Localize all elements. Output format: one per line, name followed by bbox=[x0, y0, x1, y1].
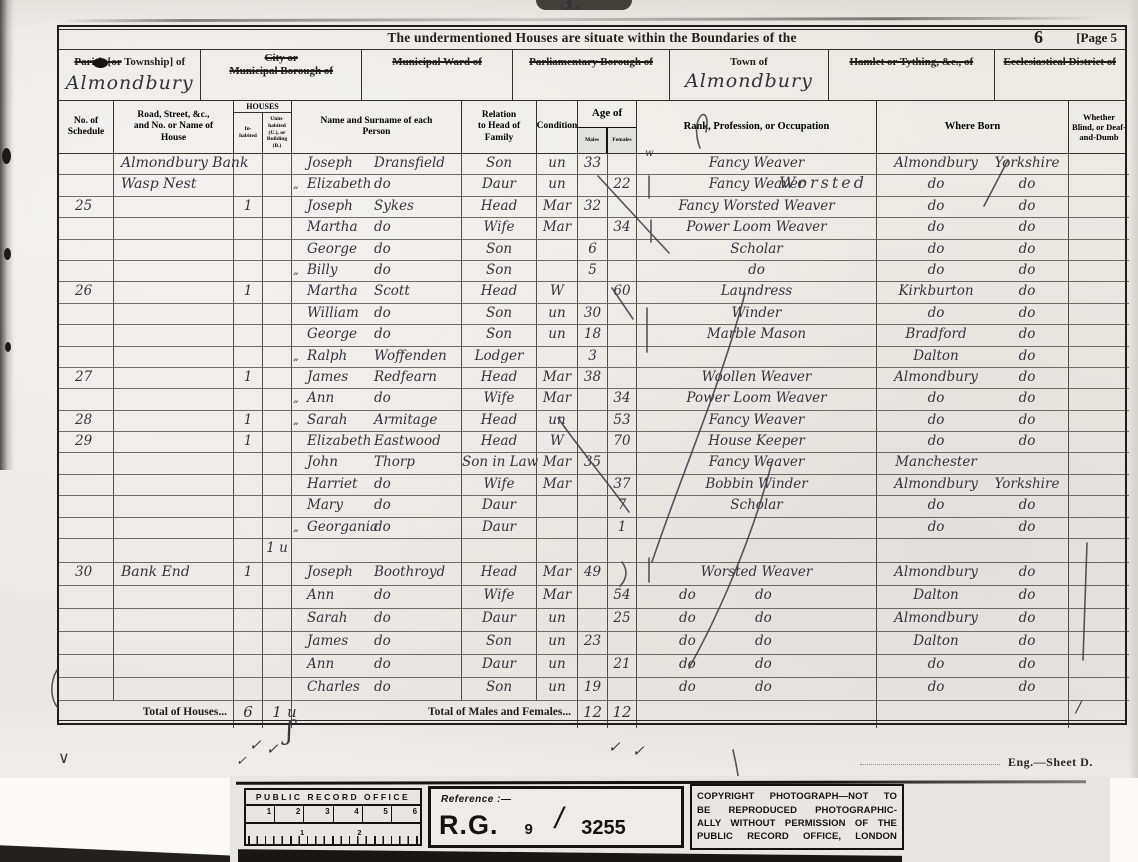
cell-schedule-number bbox=[59, 261, 114, 282]
cell-person-name: JohnThorp bbox=[292, 453, 462, 474]
cell-occupation: Power Loom Weaver bbox=[637, 218, 877, 239]
cell-uninhabited bbox=[263, 411, 292, 432]
cell-where-born: dodo bbox=[877, 496, 1069, 517]
given-name: Ann bbox=[307, 656, 334, 672]
cell-schedule-number: 27 bbox=[59, 368, 114, 389]
jurisdiction-ecclesiastical: Ecclesiastical District of bbox=[995, 50, 1126, 100]
pro-scale-box: PUBLIC RECORD OFFICE 123456 1 2 bbox=[244, 788, 422, 846]
birth-county: Yorkshire bbox=[989, 476, 1065, 492]
jurisdiction-parliamentary: Parliamentary Borough of bbox=[513, 50, 669, 100]
relation-to-head: Daur bbox=[462, 656, 536, 672]
occupation-ditto: do bbox=[755, 610, 772, 626]
table-row: HarrietdoWifeMar37Bobbin WinderAlmondbur… bbox=[59, 475, 1125, 496]
cell-address bbox=[114, 240, 234, 261]
cell-address bbox=[114, 609, 234, 632]
cell-blind-deaf bbox=[1069, 175, 1129, 196]
cell-condition: un bbox=[537, 325, 578, 346]
age-male: 3 bbox=[578, 348, 607, 364]
ditto-tick: „ bbox=[293, 392, 299, 405]
occupation-ditto: do bbox=[755, 656, 772, 672]
cell-where-born: Almondburydo bbox=[877, 563, 1069, 586]
table-row: 291ElizabethEastwoodHeadW70House Keeperd… bbox=[59, 432, 1125, 453]
cell-inhabited bbox=[234, 518, 263, 539]
given-name: Billy bbox=[307, 262, 338, 278]
cell-uninhabited bbox=[263, 325, 292, 346]
cell-schedule-number bbox=[59, 475, 114, 496]
occupation: Marble Mason bbox=[637, 326, 876, 342]
table-row: CharlesdoSonun19dodododo bbox=[59, 678, 1125, 701]
cell-uninhabited bbox=[263, 304, 292, 325]
cell-inhabited bbox=[234, 325, 263, 346]
cell-person-name: Charlesdo bbox=[292, 678, 462, 701]
birth-place: do bbox=[881, 241, 991, 257]
total-males: 12 bbox=[578, 703, 607, 721]
cell-age-male: 18 bbox=[578, 325, 608, 346]
cell-schedule-number bbox=[59, 347, 114, 368]
cell-condition bbox=[537, 240, 578, 261]
header-females: Females bbox=[608, 128, 636, 154]
cell-inhabited bbox=[234, 632, 263, 655]
jurisdiction-value: Almondbury bbox=[660, 70, 837, 92]
cell-where-born: Almondburydo bbox=[877, 609, 1069, 632]
relation-to-head: Head bbox=[462, 412, 536, 428]
cell-blind-deaf bbox=[1069, 411, 1129, 432]
relation-to-head: Son bbox=[462, 305, 536, 321]
birth-county: do bbox=[989, 305, 1065, 321]
cell-relation: Son bbox=[462, 261, 537, 282]
relation-to-head: Daur bbox=[462, 610, 536, 626]
cell-blind-deaf bbox=[1069, 632, 1129, 655]
reference-box: Reference :— R.G. 9 / 3255 bbox=[428, 786, 684, 848]
cell-schedule-number bbox=[59, 655, 114, 678]
cell-inhabited bbox=[234, 261, 263, 282]
cell-person-name: „Billydo bbox=[292, 261, 462, 282]
cell-where-born: Bradforddo bbox=[877, 325, 1069, 346]
cell-where-born: AlmondburyYorkshire bbox=[877, 475, 1069, 496]
jurisdiction-label: Parliamentary Borough of bbox=[513, 56, 668, 69]
given-name: Harriet bbox=[307, 476, 357, 492]
cell-person-name: Anndo bbox=[292, 655, 462, 678]
cell-occupation: dodo bbox=[637, 586, 877, 609]
occupation: do bbox=[637, 262, 876, 278]
age-female: 34 bbox=[608, 219, 636, 235]
cell-occupation: Woollen Weaver bbox=[637, 368, 877, 389]
header-schedule: No. of Schedule bbox=[59, 101, 114, 153]
totals-empty-blind bbox=[1069, 701, 1129, 728]
cell-occupation: Worsted Weaver bbox=[637, 563, 877, 586]
occupation-ditto: do bbox=[755, 679, 772, 695]
cell-relation: Son bbox=[462, 304, 537, 325]
occupation: Power Loom Weaver bbox=[637, 390, 876, 406]
ditto-tick: „ bbox=[293, 521, 299, 534]
cell-uninhabited bbox=[263, 389, 292, 410]
cell-age-male bbox=[578, 282, 608, 303]
jurisdiction-label: City or Municipal Borough of bbox=[201, 52, 360, 77]
cell-occupation: Scholar bbox=[637, 496, 877, 517]
jurisdiction-label: Ecclesiastical District of bbox=[995, 56, 1126, 69]
cell-age-female bbox=[608, 632, 637, 655]
cell-address bbox=[114, 432, 234, 453]
cell-where-born: dodo bbox=[877, 655, 1069, 678]
table-row: „AnndoWifeMar34Power Loom Weaverdodo bbox=[59, 389, 1125, 410]
birth-place: Almondbury bbox=[881, 476, 991, 492]
cell-uninhabited: 1 u bbox=[263, 539, 292, 563]
given-name: Martha bbox=[307, 283, 358, 299]
cell-uninhabited bbox=[263, 197, 292, 218]
table-row: 281„SarahArmitageHeadun53Fancy Weaverdod… bbox=[59, 411, 1125, 432]
address: Almondbury Bank bbox=[121, 155, 248, 171]
given-name: Georgania bbox=[307, 519, 378, 535]
surname: do bbox=[374, 305, 391, 321]
cell-relation: Wife bbox=[462, 389, 537, 410]
given-name: James bbox=[307, 633, 348, 649]
cell-age-female bbox=[608, 347, 637, 368]
table-row: SarahdoDaurun25dodoAlmondburydo bbox=[59, 609, 1125, 632]
cell-condition: Mar bbox=[537, 218, 578, 239]
cell-person-name: „SarahArmitage bbox=[292, 411, 462, 432]
relation-to-head: Wife bbox=[462, 390, 536, 406]
cell-age-female: 37 bbox=[608, 475, 637, 496]
table-row: GeorgedoSon6Scholardodo bbox=[59, 240, 1125, 261]
given-name: Elizabeth bbox=[307, 433, 371, 449]
marital-condition: Mar bbox=[537, 564, 577, 580]
cell-occupation: Fancy Weaver bbox=[637, 411, 877, 432]
given-name: Joseph bbox=[307, 564, 353, 580]
age-female: 53 bbox=[608, 412, 636, 428]
form-title: The undermentioned Houses are situate wi… bbox=[59, 30, 1125, 46]
scale-ruler: 1 2 bbox=[246, 831, 420, 848]
cell-inhabited bbox=[234, 539, 263, 563]
occupation-ditto: do bbox=[755, 587, 772, 603]
marital-condition: un bbox=[537, 656, 577, 672]
cell-person-name: „Elizabethdo bbox=[292, 175, 462, 196]
ink-smudge bbox=[4, 248, 11, 260]
cell-inhabited bbox=[234, 218, 263, 239]
surname: do bbox=[374, 176, 391, 192]
copyright-line: BE REPRODUCED PHOTOGRAPHIC- bbox=[697, 804, 897, 817]
cell-where-born: Daltondo bbox=[877, 347, 1069, 368]
cell-person-name: Marydo bbox=[292, 496, 462, 517]
cell-uninhabited bbox=[263, 453, 292, 474]
marital-condition: Mar bbox=[537, 198, 577, 214]
cell-where-born: dodo bbox=[877, 518, 1069, 539]
cell-occupation: dodo bbox=[637, 632, 877, 655]
cell-inhabited bbox=[234, 154, 263, 175]
header-name: Name and Surname of each Person bbox=[292, 101, 462, 153]
cell-person-name: Jamesdo bbox=[292, 632, 462, 655]
birth-place: Dalton bbox=[881, 587, 991, 603]
marital-condition: Mar bbox=[537, 369, 577, 385]
schedule-number: 26 bbox=[75, 283, 92, 299]
given-name: Charles bbox=[307, 679, 360, 695]
ruler-ticks bbox=[248, 836, 418, 846]
birth-place: Manchester bbox=[881, 454, 991, 470]
cell-where-born: dodo bbox=[877, 432, 1069, 453]
marital-condition: un bbox=[537, 305, 577, 321]
occupation: Fancy Worsted Weaver bbox=[637, 198, 876, 214]
reference-slash: / bbox=[555, 802, 563, 836]
birth-county: do bbox=[989, 433, 1065, 449]
birth-county: do bbox=[989, 219, 1065, 235]
cell-inhabited bbox=[234, 240, 263, 261]
cell-address: Almondbury Bank bbox=[114, 154, 234, 175]
copyright-line: PUBLIC RECORD OFFICE, LONDON bbox=[697, 830, 897, 843]
surname: do bbox=[374, 633, 391, 649]
cell-occupation: Fancy Worsted Weaver bbox=[637, 197, 877, 218]
cell-person-name: Georgedo bbox=[292, 240, 462, 261]
cell-where-born: dodo bbox=[877, 411, 1069, 432]
cell-inhabited bbox=[234, 586, 263, 609]
birth-place: do bbox=[881, 412, 991, 428]
cell-address bbox=[114, 632, 234, 655]
age-male: 49 bbox=[578, 564, 607, 580]
cell-occupation: dodo bbox=[637, 655, 877, 678]
cell-relation: Head bbox=[462, 282, 537, 303]
jurisdiction-borough: City or Municipal Borough of bbox=[201, 50, 361, 100]
cell-age-male: 38 bbox=[578, 368, 608, 389]
cell-relation: Head bbox=[462, 368, 537, 389]
ditto-tick: „ bbox=[293, 178, 299, 191]
cell-condition: un bbox=[537, 154, 578, 175]
birth-place: Dalton bbox=[881, 633, 991, 649]
cell-uninhabited bbox=[263, 586, 292, 609]
record-piece-number: 3255 bbox=[581, 817, 626, 840]
cell-condition bbox=[537, 518, 578, 539]
cell-person-name: Anndo bbox=[292, 586, 462, 609]
birth-county: do bbox=[989, 348, 1065, 364]
scan-corner-shadow bbox=[0, 838, 258, 862]
cell-person-name: „Georganiado bbox=[292, 518, 462, 539]
cell-schedule-number: 28 bbox=[59, 411, 114, 432]
given-name: Elizabeth bbox=[307, 176, 371, 192]
header-road: Road, Street, &c., and No. or Name of Ho… bbox=[114, 101, 234, 153]
cell-address bbox=[114, 368, 234, 389]
given-name: Sarah bbox=[307, 610, 348, 626]
birth-place: do bbox=[881, 656, 991, 672]
relation-to-head: Daur bbox=[462, 176, 536, 192]
birth-place: do bbox=[881, 679, 991, 695]
jurisdiction-label: Municipal Ward of bbox=[362, 56, 512, 69]
column-headers: No. of Schedule Road, Street, &c., and N… bbox=[59, 101, 1125, 154]
cell-inhabited bbox=[234, 475, 263, 496]
cell-schedule-number: 30 bbox=[59, 563, 114, 586]
census-rows: Almondbury BankJosephDransfieldSonun33Fa… bbox=[59, 154, 1125, 701]
birth-place: do bbox=[881, 219, 991, 235]
cell-inhabited: 1 bbox=[234, 563, 263, 586]
relation-to-head: Son bbox=[462, 326, 536, 342]
cell-age-female: 7 bbox=[608, 496, 637, 517]
occupation-ditto: do bbox=[755, 633, 772, 649]
cell-age-female: 34 bbox=[608, 389, 637, 410]
cell-relation: Son bbox=[462, 325, 537, 346]
cell-person-name: JamesRedfearn bbox=[292, 368, 462, 389]
inhabited-count: 1 bbox=[234, 564, 262, 580]
table-row: Wasp Nest„ElizabethdoDaurun22Fancy Weave… bbox=[59, 175, 1125, 196]
birth-place: Kirkburton bbox=[881, 283, 991, 299]
ditto-tick: „ bbox=[293, 414, 299, 427]
scale-cell-number: 1 bbox=[246, 806, 275, 822]
schedule-number: 30 bbox=[75, 564, 92, 580]
birth-county: do bbox=[989, 283, 1065, 299]
cell-age-female bbox=[608, 325, 637, 346]
cell-address bbox=[114, 518, 234, 539]
cell-blind-deaf bbox=[1069, 261, 1129, 282]
scale-cell-number: 4 bbox=[334, 806, 363, 822]
surname: Eastwood bbox=[374, 433, 441, 449]
ink-smudge bbox=[5, 342, 11, 352]
cell-person-name: JosephDransfield bbox=[292, 154, 462, 175]
occupation: Winder bbox=[637, 305, 876, 321]
total-males-cell: 12 bbox=[578, 701, 608, 728]
cell-where-born: dodo bbox=[877, 389, 1069, 410]
cell-person-name: MarthaScott bbox=[292, 282, 462, 303]
total-females-cell: 12 bbox=[608, 701, 637, 728]
relation-to-head: Son bbox=[462, 262, 536, 278]
marital-condition: Mar bbox=[537, 390, 577, 406]
cell-relation: Head bbox=[462, 197, 537, 218]
cell-age-male: 3 bbox=[578, 347, 608, 368]
surname: Woffenden bbox=[374, 348, 447, 364]
cell-inhabited bbox=[234, 678, 263, 701]
cell-age-male bbox=[578, 218, 608, 239]
cell-age-female bbox=[608, 368, 637, 389]
address: Wasp Nest bbox=[121, 176, 196, 192]
table-row: JamesdoSonun23dodoDaltondo bbox=[59, 632, 1125, 655]
occupation-addition: Worsted bbox=[779, 173, 867, 192]
cell-condition: Mar bbox=[537, 563, 578, 586]
table-row: 261MarthaScottHeadW60LaundressKirkburton… bbox=[59, 282, 1125, 303]
cell-condition bbox=[537, 496, 578, 517]
relation-to-head: Son bbox=[462, 241, 536, 257]
scale-cell-number: 2 bbox=[275, 806, 304, 822]
birth-county: do bbox=[989, 564, 1065, 580]
relation-to-head: Son in Law bbox=[462, 454, 536, 470]
cell-age-male bbox=[578, 586, 608, 609]
inhabited-count: 1 bbox=[234, 412, 262, 428]
total-people-label-cell: Total of Males and Females... bbox=[292, 701, 578, 728]
cell-blind-deaf bbox=[1069, 304, 1129, 325]
cell-address bbox=[114, 586, 234, 609]
cell-uninhabited bbox=[263, 432, 292, 453]
cell-address bbox=[114, 389, 234, 410]
cell-blind-deaf bbox=[1069, 539, 1129, 563]
cell-age-male bbox=[578, 475, 608, 496]
birth-county: do bbox=[989, 610, 1065, 626]
cell-schedule-number bbox=[59, 539, 114, 563]
birth-place: do bbox=[881, 390, 991, 406]
table-row: „BillydoSon5dododo bbox=[59, 261, 1125, 282]
cell-schedule-number bbox=[59, 632, 114, 655]
cell-where-born: dodo bbox=[877, 261, 1069, 282]
cell-relation: Wife bbox=[462, 475, 537, 496]
cell-person-name: Georgedo bbox=[292, 325, 462, 346]
record-class: 9 bbox=[525, 821, 533, 838]
cell-address bbox=[114, 325, 234, 346]
given-name: Martha bbox=[307, 219, 358, 235]
cell-age-male: 19 bbox=[578, 678, 608, 701]
surname: Armitage bbox=[374, 412, 437, 428]
surname: Scott bbox=[374, 283, 410, 299]
cell-blind-deaf bbox=[1069, 218, 1129, 239]
cell-relation: Daur bbox=[462, 655, 537, 678]
cell-occupation: Fancy Weaver bbox=[637, 154, 877, 175]
table-row: AnndoDaurun21dodododo bbox=[59, 655, 1125, 678]
total-inhabited-cell: 6 bbox=[234, 701, 263, 728]
age-male: 30 bbox=[578, 305, 607, 321]
marital-condition: W bbox=[537, 283, 577, 299]
cell-blind-deaf bbox=[1069, 432, 1129, 453]
surname: do bbox=[374, 656, 391, 672]
census-form: The undermentioned Houses are situate wi… bbox=[57, 25, 1127, 725]
jurisdiction-label: Town of bbox=[670, 56, 828, 69]
table-row: AnndoWifeMar54dodoDaltondo bbox=[59, 586, 1125, 609]
header-blind: Whether Blind, or Deaf- and-Dumb bbox=[1069, 101, 1129, 153]
cell-condition: un bbox=[537, 609, 578, 632]
cell-condition: Mar bbox=[537, 368, 578, 389]
total-people-label: Total of Males and Females... bbox=[428, 706, 571, 718]
birth-place: Almondbury bbox=[881, 155, 991, 171]
header-houses: HOUSES bbox=[234, 101, 291, 113]
relation-to-head: Wife bbox=[462, 587, 536, 603]
cell-address bbox=[114, 282, 234, 303]
form-title-row: The undermentioned Houses are situate wi… bbox=[59, 27, 1125, 50]
table-row: 251JosephSykesHeadMar32Fancy Worsted Wea… bbox=[59, 197, 1125, 218]
cell-inhabited bbox=[234, 175, 263, 196]
cell-where-born: Kirkburtondo bbox=[877, 282, 1069, 303]
cell-inhabited: 1 bbox=[234, 432, 263, 453]
cell-schedule-number: 29 bbox=[59, 432, 114, 453]
cell-address bbox=[114, 539, 234, 563]
surname: do bbox=[374, 390, 391, 406]
cell-occupation: Laundress bbox=[637, 282, 877, 303]
surname: do bbox=[374, 241, 391, 257]
cell-age-male bbox=[578, 655, 608, 678]
cell-blind-deaf bbox=[1069, 678, 1129, 701]
birth-place: do bbox=[881, 198, 991, 214]
birth-county: do bbox=[989, 497, 1065, 513]
cell-uninhabited bbox=[263, 632, 292, 655]
cell-relation: Daur bbox=[462, 496, 537, 517]
cell-age-male: 5 bbox=[578, 261, 608, 282]
cell-age-female bbox=[608, 678, 637, 701]
scan-edge bbox=[1128, 0, 1138, 778]
cell-address: Wasp Nest bbox=[114, 175, 234, 196]
scale-gap bbox=[246, 824, 420, 831]
cell-occupation: Scholar bbox=[637, 240, 877, 261]
cell-person-name: JosephSykes bbox=[292, 197, 462, 218]
cell-relation: Daur bbox=[462, 175, 537, 196]
cell-age-female: 34 bbox=[608, 218, 637, 239]
relation-to-head: Head bbox=[462, 283, 536, 299]
birth-county: do bbox=[989, 679, 1065, 695]
occupation-ditto: do bbox=[679, 587, 696, 603]
surname: do bbox=[374, 262, 391, 278]
ditto-tick: „ bbox=[293, 350, 299, 363]
cell-schedule-number bbox=[59, 678, 114, 701]
given-name: Sarah bbox=[307, 412, 348, 428]
cell-condition: Mar bbox=[537, 197, 578, 218]
cell-where-born: dodo bbox=[877, 197, 1069, 218]
header-occupation: Rank, Profession, or Occupation bbox=[637, 101, 877, 153]
cell-occupation: Fancy WeaverWorsted bbox=[637, 175, 877, 196]
scale-cell-number: 6 bbox=[392, 806, 420, 822]
cell-address bbox=[114, 453, 234, 474]
cell-blind-deaf bbox=[1069, 197, 1129, 218]
given-name: William bbox=[307, 305, 359, 321]
birth-county: do bbox=[989, 656, 1065, 672]
cell-occupation: Marble Mason bbox=[637, 325, 877, 346]
cell-schedule-number: 26 bbox=[59, 282, 114, 303]
